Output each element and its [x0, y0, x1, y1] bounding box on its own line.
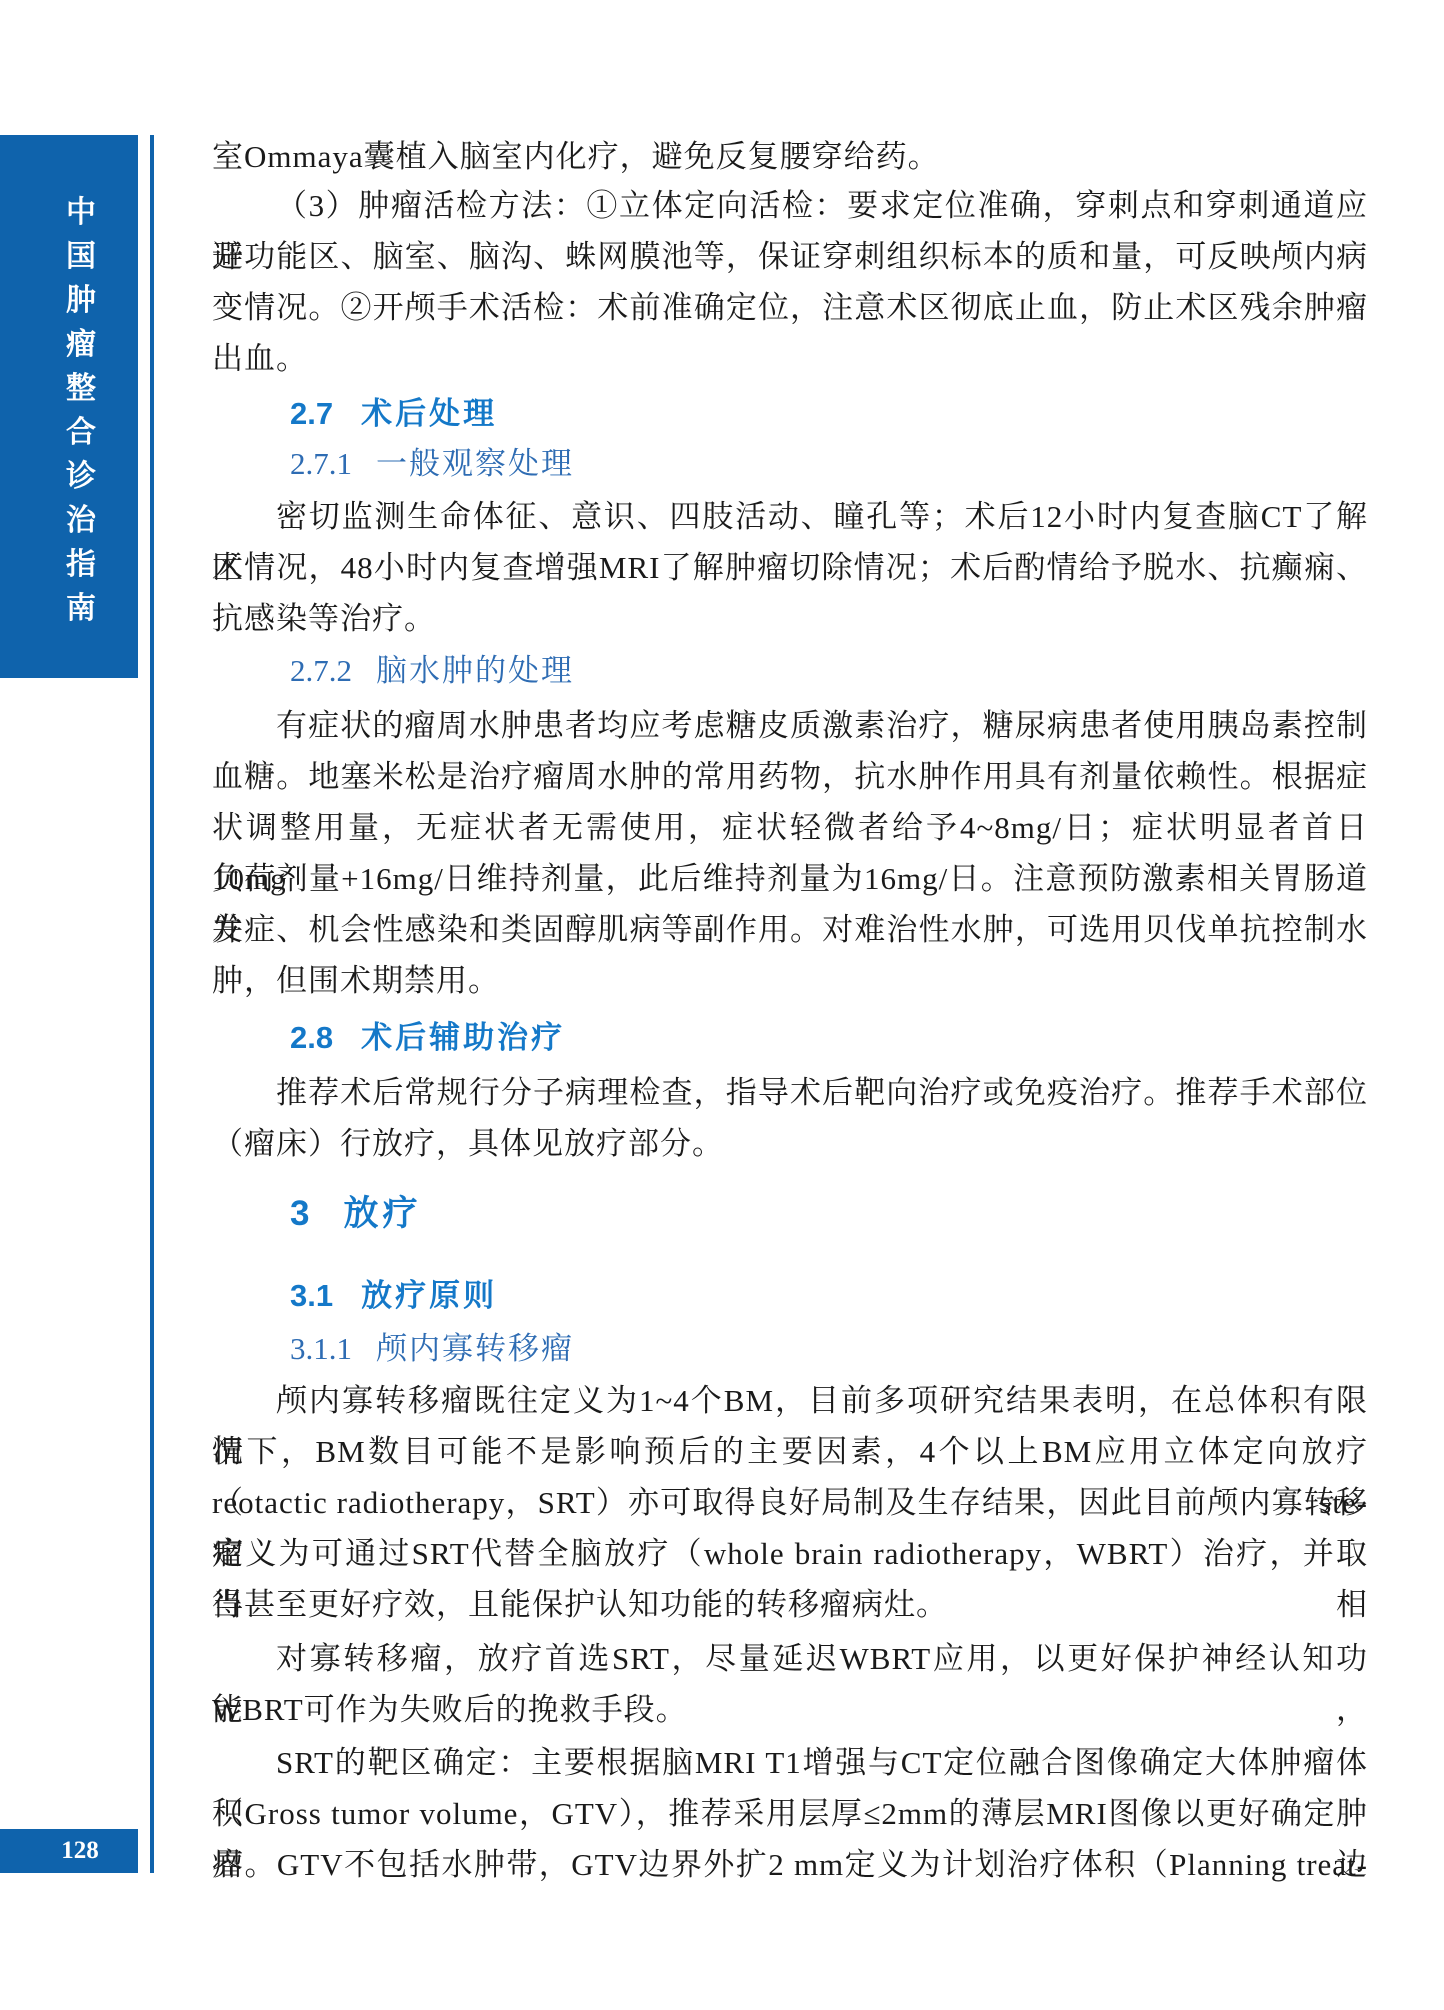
- heading-number: 2.7.1: [290, 446, 352, 481]
- paragraph: SRT的靶区确定：主要根据脑MRI T1增强与CT定位融合图像确定大体肿瘤体积 …: [212, 1737, 1368, 1890]
- paragraph: 密切监测生命体征、意识、四肢活动、瞳孔等；术后12小时内复查脑CT了解术 区情况…: [212, 491, 1368, 644]
- text-line: 对寡转移瘤，放疗首选SRT，尽量延迟WBRT应用，以更好保护神经认知功能，: [212, 1633, 1368, 1684]
- text-line: （3）肿瘤活检方法：①立体定向活检：要求定位准确，穿刺点和穿刺通道应避: [212, 180, 1368, 231]
- vertical-divider: [150, 135, 154, 1873]
- paragraph: 推荐术后常规行分子病理检查，指导术后靶向治疗或免疫治疗。推荐手术部位 （瘤床）行…: [212, 1067, 1368, 1169]
- sidebar-title-char: 治: [66, 499, 96, 543]
- text-line: 负荷剂量+16mg/日维持剂量，此后维持剂量为16mg/日。注意预防激素相关胃肠…: [212, 853, 1368, 904]
- text-line: 室Ommaya囊植入脑室内化疗，避免反复腰穿给药。: [212, 131, 1368, 182]
- text-line: 肿，但围术期禁用。: [212, 955, 1368, 1006]
- text-line: 发症、机会性感染和类固醇肌病等副作用。对难治性水肿，可选用贝伐单抗控制水: [212, 904, 1368, 955]
- text-line: 况下，BM数目可能不是影响预后的主要因素，4个以上BM应用立体定向放疗（ste-: [212, 1426, 1368, 1477]
- section-heading-2-7: 2.7术后处理: [212, 388, 1444, 439]
- sidebar-title-char: 整: [66, 367, 96, 411]
- text-line: 开功能区、脑室、脑沟、蛛网膜池等，保证穿刺组织标本的质和量，可反映颅内病: [212, 231, 1368, 282]
- sidebar-title-char: 瘤: [66, 323, 96, 367]
- paragraph: 对寡转移瘤，放疗首选SRT，尽量延迟WBRT应用，以更好保护神经认知功能， WB…: [212, 1633, 1368, 1735]
- page-content: 室Ommaya囊植入脑室内化疗，避免反复腰穿给药。 （3）肿瘤活检方法：①立体定…: [212, 0, 1368, 2010]
- heading-title: 放疗原则: [361, 1278, 497, 1313]
- paragraph: 颅内寡转移瘤既往定义为1~4个BM，目前多项研究结果表明，在总体积有限情 况下，…: [212, 1375, 1368, 1630]
- heading-title: 一般观察处理: [376, 446, 574, 481]
- heading-number: 2.7.2: [290, 653, 352, 688]
- text-line: 血糖。地塞米松是治疗瘤周水肿的常用药物，抗水肿作用具有剂量依赖性。根据症: [212, 751, 1368, 802]
- heading-title: 术后处理: [361, 396, 497, 431]
- heading-number: 3.1: [290, 1278, 333, 1313]
- text-line: 定义为可通过SRT代替全脑放疗（whole brain radiotherapy…: [212, 1528, 1368, 1579]
- text-line: 变情况。②开颅手术活检：术前准确定位，注意术区彻底止血，防止术区残余肿瘤: [212, 282, 1368, 333]
- sidebar-title-char: 肿: [66, 279, 96, 323]
- text-line: 颅内寡转移瘤既往定义为1~4个BM，目前多项研究结果表明，在总体积有限情: [212, 1375, 1368, 1426]
- page-number: 128: [61, 1837, 99, 1865]
- heading-title: 术后辅助治疗: [361, 1020, 565, 1055]
- sidebar-title-char: 合: [66, 411, 96, 455]
- sidebar-title-char: 中: [66, 191, 96, 235]
- heading-number: 2.7: [290, 396, 333, 431]
- sidebar-title-char: 国: [66, 235, 96, 279]
- paragraph: 室Ommaya囊植入脑室内化疗，避免反复腰穿给药。: [212, 131, 1368, 182]
- text-line: 状调整用量，无症状者无需使用，症状轻微者给予4~8mg/日；症状明显者首日10m…: [212, 802, 1368, 853]
- section-heading-2-8: 2.8术后辅助治疗: [212, 1012, 1444, 1063]
- heading-title: 颅内寡转移瘤: [376, 1331, 574, 1366]
- subsection-heading-3-1-1: 3.1.1颅内寡转移瘤: [212, 1323, 1444, 1374]
- text-line: 密切监测生命体征、意识、四肢活动、瞳孔等；术后12小时内复查脑CT了解术: [212, 491, 1368, 542]
- text-line: SRT的靶区确定：主要根据脑MRI T1增强与CT定位融合图像确定大体肿瘤体积: [212, 1737, 1368, 1788]
- subsection-heading-2-7-1: 2.7.1一般观察处理: [212, 438, 1444, 489]
- text-line: 出血。: [212, 333, 1368, 384]
- sidebar-title: 中 国 肿 瘤 整 合 诊 治 指 南: [0, 135, 138, 631]
- page: 中 国 肿 瘤 整 合 诊 治 指 南 128 室Ommaya囊植入脑室内化疗，…: [0, 0, 1444, 2010]
- text-line: 区情况，48小时内复查增强MRI了解肿瘤切除情况；术后酌情给予脱水、抗癫痫、: [212, 542, 1368, 593]
- sidebar-band: 中 国 肿 瘤 整 合 诊 治 指 南: [0, 135, 138, 678]
- page-number-badge: 128: [0, 1829, 138, 1873]
- sidebar-title-char: 诊: [66, 455, 96, 499]
- text-line: 界。GTV不包括水肿带，GTV边界外扩2 mm定义为计划治疗体积（Plannin…: [212, 1839, 1368, 1890]
- section-heading-3-1: 3.1放疗原则: [212, 1270, 1444, 1321]
- text-line: 推荐术后常规行分子病理检查，指导术后靶向治疗或免疫治疗。推荐手术部位: [212, 1067, 1368, 1118]
- sidebar-title-char: 南: [66, 587, 96, 631]
- heading-title: 放疗: [343, 1194, 421, 1233]
- sidebar-title-char: 指: [66, 543, 96, 587]
- heading-number: 3: [290, 1194, 309, 1233]
- chapter-heading-3: 3放疗: [212, 1188, 1444, 1239]
- heading-title: 脑水肿的处理: [376, 653, 574, 688]
- text-line: 抗感染等治疗。: [212, 593, 1368, 644]
- paragraph: （3）肿瘤活检方法：①立体定向活检：要求定位准确，穿刺点和穿刺通道应避 开功能区…: [212, 180, 1368, 384]
- paragraph: 有症状的瘤周水肿患者均应考虑糖皮质激素治疗，糖尿病患者使用胰岛素控制 血糖。地塞…: [212, 700, 1368, 1006]
- heading-number: 3.1.1: [290, 1331, 352, 1366]
- text-line: （瘤床）行放疗，具体见放疗部分。: [212, 1118, 1368, 1169]
- text-line: 有症状的瘤周水肿患者均应考虑糖皮质激素治疗，糖尿病患者使用胰岛素控制: [212, 700, 1368, 751]
- text-line: reotactic radiotherapy，SRT）亦可取得良好局制及生存结果…: [212, 1477, 1368, 1528]
- subsection-heading-2-7-2: 2.7.2脑水肿的处理: [212, 645, 1444, 696]
- heading-number: 2.8: [290, 1020, 333, 1055]
- text-line: （Gross tumor volume，GTV），推荐采用层厚≤2mm的薄层MR…: [212, 1788, 1368, 1839]
